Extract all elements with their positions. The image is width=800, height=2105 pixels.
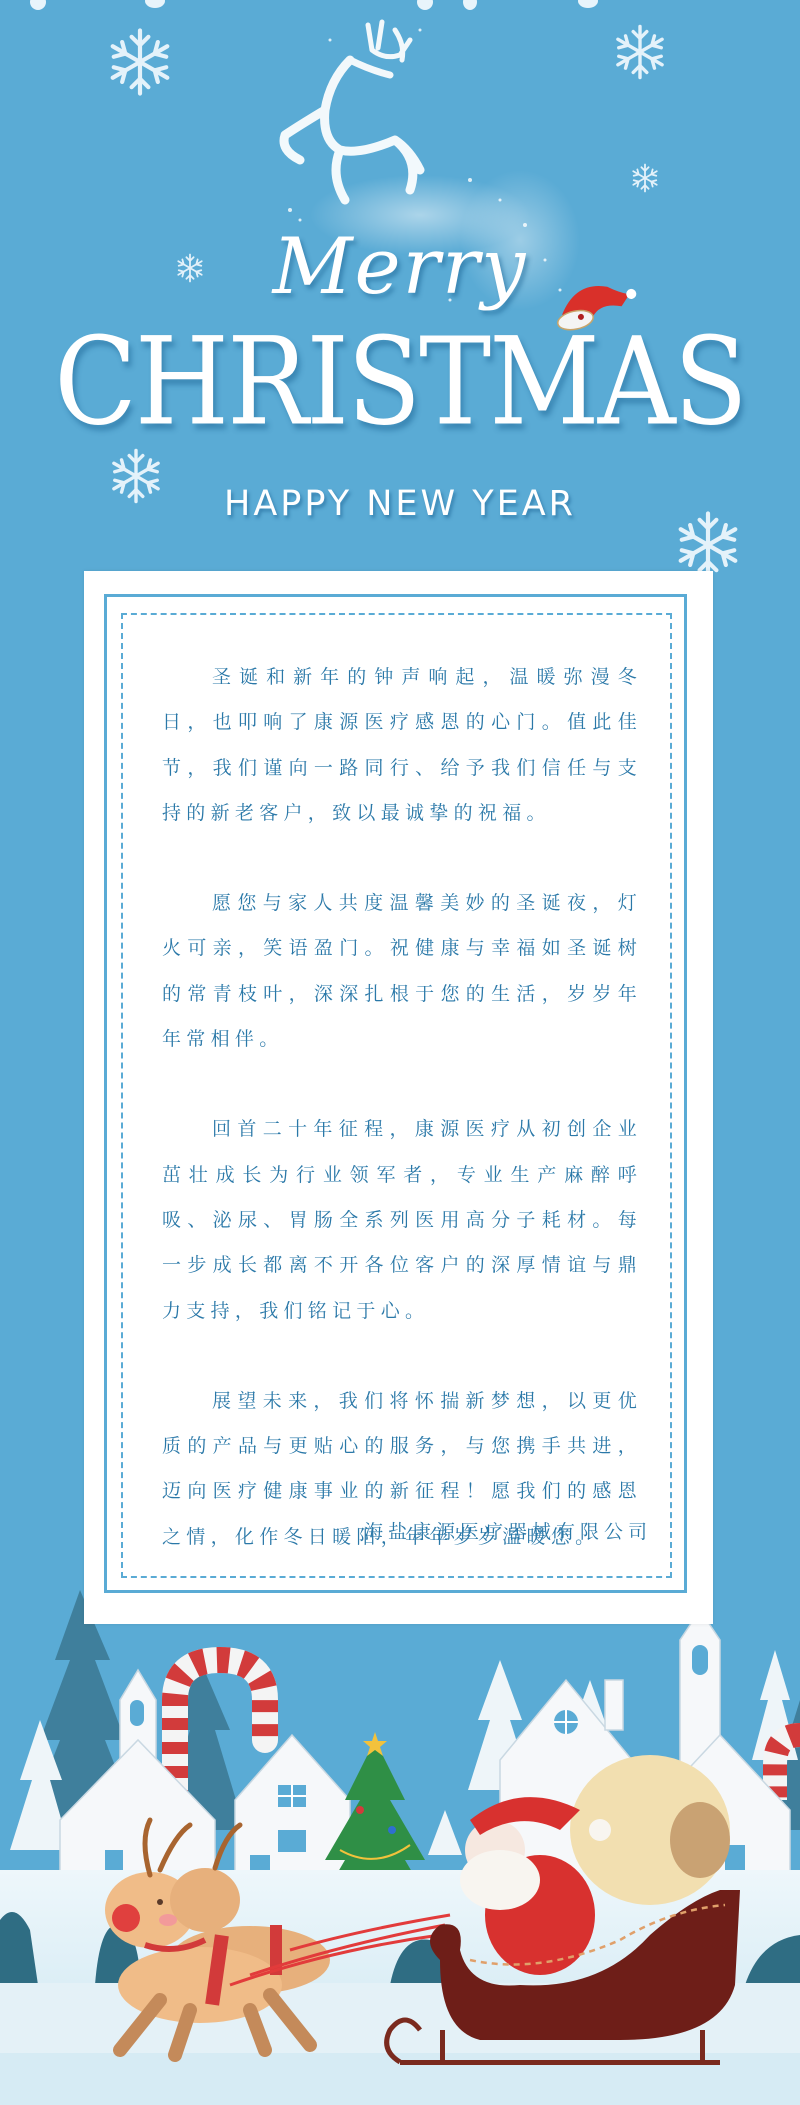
letter-body: 圣诞和新年的钟声响起，温暖弥漫冬日，也叩响了康源医疗感恩的心门。值此佳节，我们谨… <box>162 655 642 1605</box>
letter-paragraph: 愿您与家人共度温馨美妙的圣诞夜，灯火可亲，笑语盈门。祝健康与幸福如圣诞树的常青枝… <box>162 881 642 1062</box>
top-drops <box>30 0 598 10</box>
greeting-card: 圣诞和新年的钟声响起，温暖弥漫冬日，也叩响了康源医疗感恩的心门。值此佳节，我们谨… <box>84 571 713 1624</box>
happy-new-year-subtitle: HAPPY NEW YEAR <box>0 484 800 524</box>
merry-title: Merry <box>0 222 800 312</box>
company-signature: 海盐康源医疗器械有限公司 <box>352 1517 652 1544</box>
reindeer-sparkle-icon <box>284 22 420 200</box>
christmas-title: CHRISTMAS <box>0 313 800 453</box>
letter-paragraph: 回首二十年征程，康源医疗从初创企业茁壮成长为行业领军者，专业生产麻醉呼吸、泌尿、… <box>162 1107 642 1333</box>
letter-paragraph: 圣诞和新年的钟声响起，温暖弥漫冬日，也叩响了康源医疗感恩的心门。值此佳节，我们谨… <box>162 655 642 836</box>
